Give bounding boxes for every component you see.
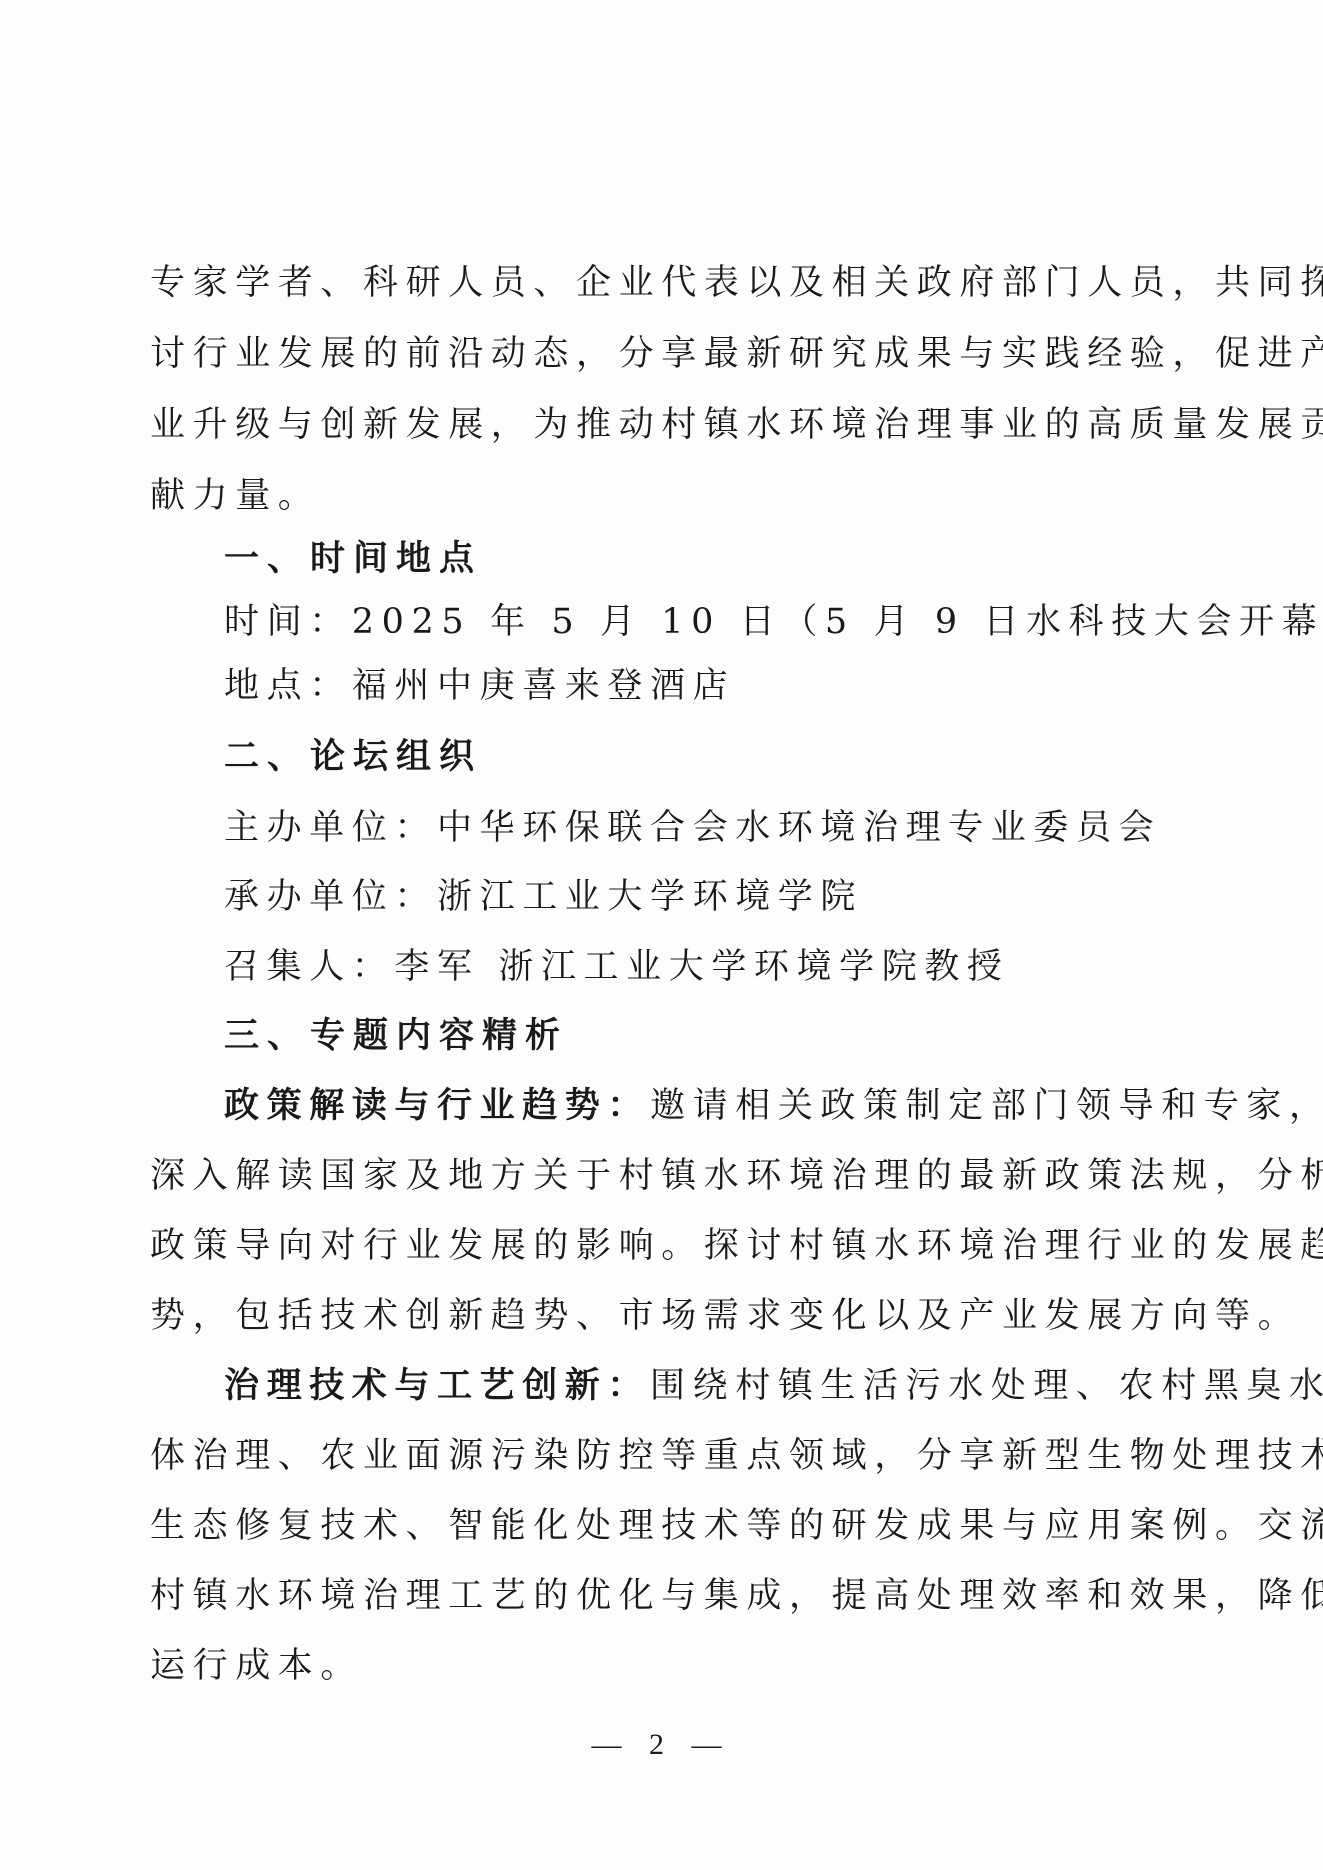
topic2-title: 治理技术与工艺创新：: [224, 1366, 650, 1406]
topic1-title: 政策解读与行业趋势：: [224, 1086, 650, 1126]
section-heading-topics: 三、专题内容精析: [224, 1014, 1264, 1058]
topic1-first-line-text: 邀请相关政策制定部门领导和专家，: [650, 1086, 1323, 1126]
topic1-line-2: 深入解读国家及地方关于村镇水环境治理的最新政策法规，分析: [150, 1154, 1190, 1198]
organizer-unit: 承办单位：浙江工业大学环境学院: [224, 875, 1264, 919]
document-page: 专家学者、科研人员、企业代表以及相关政府部门人员，共同探 讨行业发展的前沿动态，…: [0, 0, 1323, 1870]
intro-line-1: 专家学者、科研人员、企业代表以及相关政府部门人员，共同探: [150, 261, 1190, 305]
intro-line-4: 献力量。: [150, 474, 1190, 518]
topic2-line-5: 运行成本。: [150, 1644, 1190, 1688]
intro-line-3: 业升级与创新发展，为推动村镇水环境治理事业的高质量发展贡: [150, 403, 1190, 447]
topic2-first-line: 治理技术与工艺创新：围绕村镇生活污水处理、农村黑臭水: [224, 1364, 1264, 1408]
topic2-line-4: 村镇水环境治理工艺的优化与集成，提高处理效率和效果，降低: [150, 1574, 1190, 1618]
page-number: — 2 —: [0, 1728, 1323, 1762]
host-unit: 主办单位：中华环保联合会水环境治理专业委员会: [224, 806, 1264, 850]
convener: 召集人：李军 浙江工业大学环境学院教授: [224, 945, 1264, 989]
topic1-line-3: 政策导向对行业发展的影响。探讨村镇水环境治理行业的发展趋: [150, 1224, 1190, 1268]
event-place: 地点：福州中庚喜来登酒店: [224, 664, 1264, 708]
topic1-line-4: 势，包括技术创新趋势、市场需求变化以及产业发展方向等。: [150, 1294, 1190, 1338]
section-heading-organization: 二、论坛组织: [224, 735, 1264, 779]
topic2-line-2: 体治理、农业面源污染防控等重点领域，分享新型生物处理技术、: [150, 1434, 1190, 1478]
topic2-line-3: 生态修复技术、智能化处理技术等的研发成果与应用案例。交流: [150, 1504, 1190, 1548]
section-heading-time-place: 一、时间地点: [224, 537, 1264, 581]
event-time: 时间：2025 年 5 月 10 日（5 月 9 日水科技大会开幕）: [224, 600, 1264, 644]
topic1-first-line: 政策解读与行业趋势：邀请相关政策制定部门领导和专家，: [224, 1084, 1264, 1128]
topic2-first-line-text: 围绕村镇生活污水处理、农村黑臭水: [650, 1366, 1323, 1406]
intro-line-2: 讨行业发展的前沿动态，分享最新研究成果与实践经验，促进产: [150, 332, 1190, 376]
